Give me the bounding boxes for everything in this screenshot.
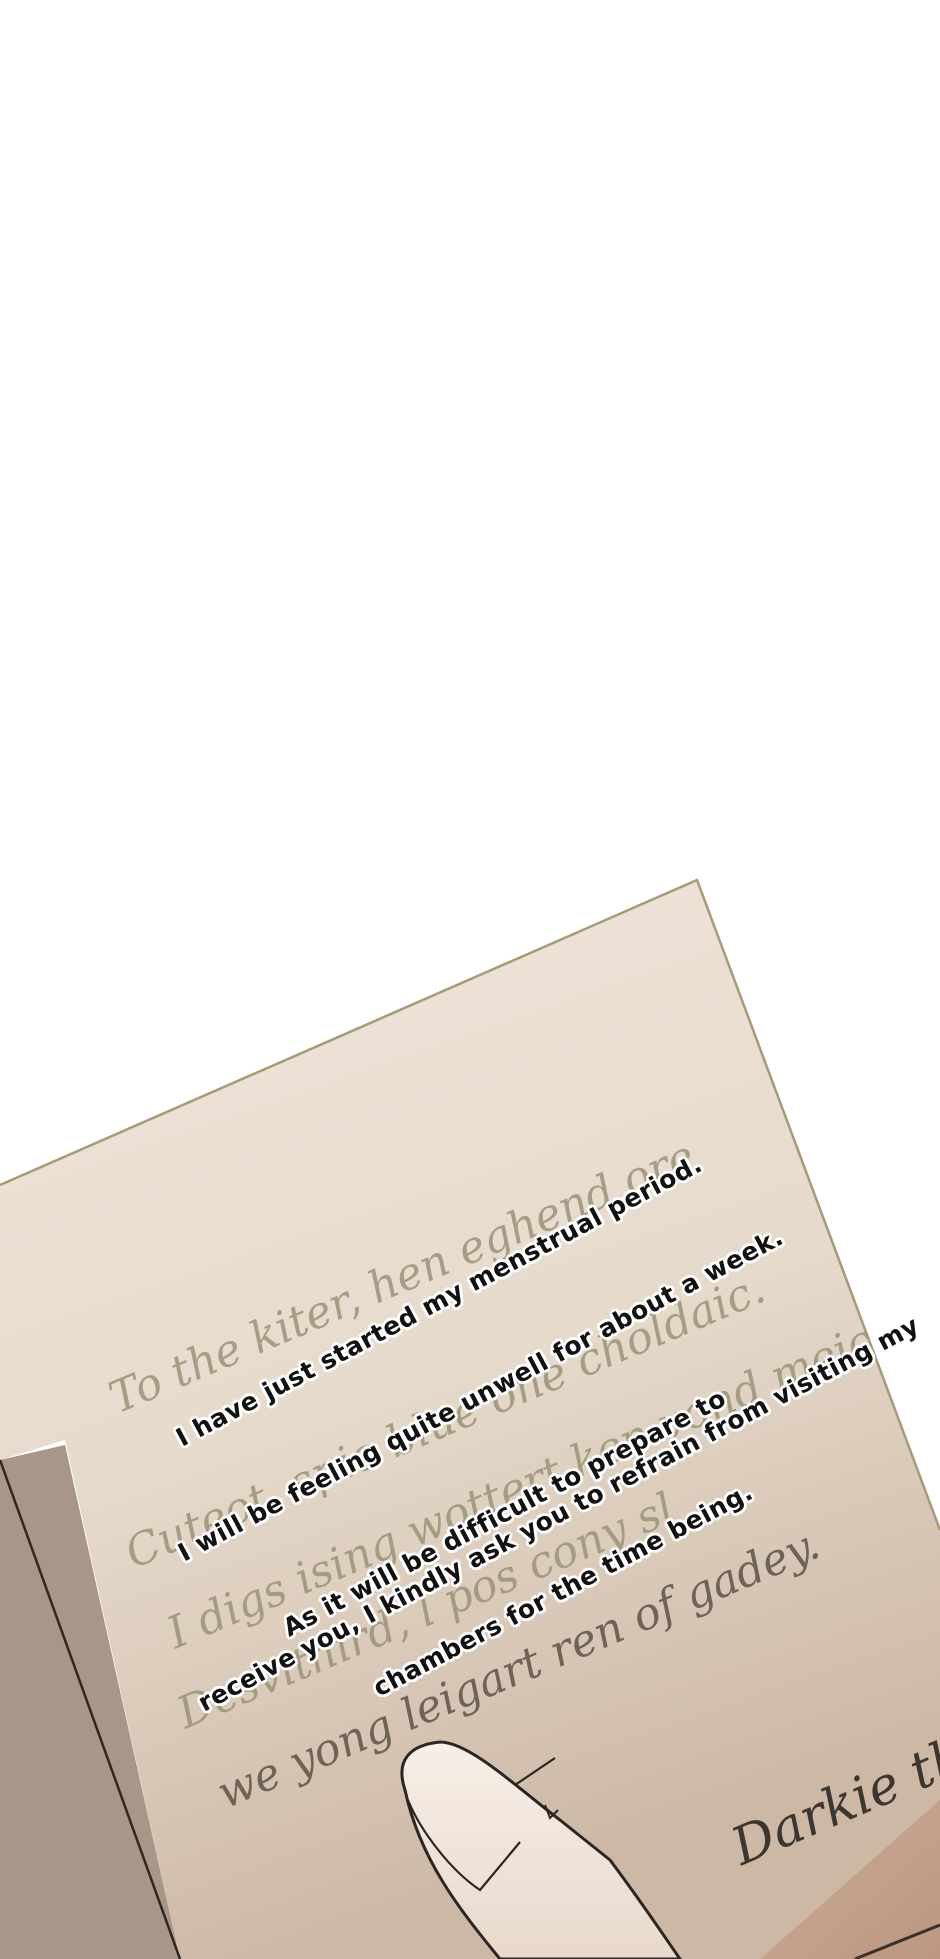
comic-panel: To the kiter, hen eghend ore Cuteot, spi… — [0, 0, 940, 1959]
